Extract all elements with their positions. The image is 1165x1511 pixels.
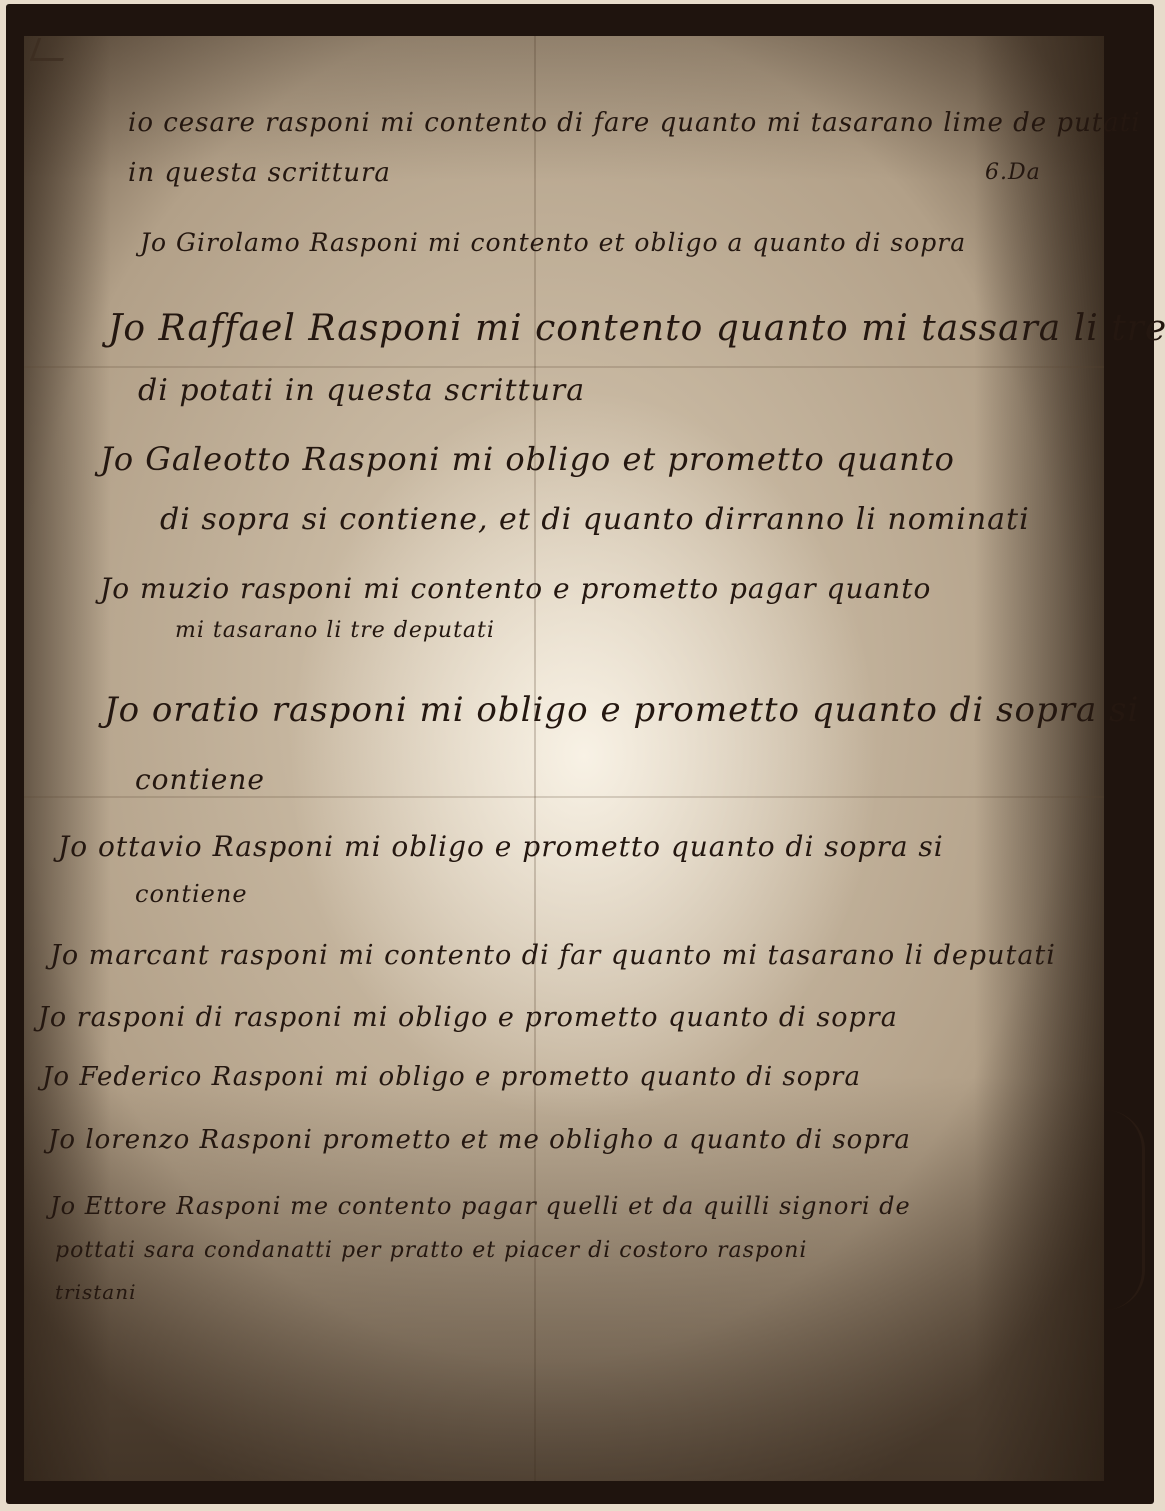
manuscript-line: Jo marcant rasponi mi contento di far qu… bbox=[50, 940, 1056, 971]
manuscript-line: di sopra si contiene, et di quanto dirra… bbox=[160, 502, 1030, 537]
manuscript-line: contiene bbox=[135, 880, 248, 908]
ink-flourish bbox=[1102, 1110, 1145, 1310]
manuscript-line: in questa scrittura bbox=[128, 158, 391, 188]
manuscript-line: Jo Galeotto Rasponi mi obligo et promett… bbox=[100, 440, 955, 478]
manuscript-line: Jo Girolamo Rasponi mi contento et oblig… bbox=[140, 228, 966, 257]
fold-crease-horizontal bbox=[24, 366, 1104, 368]
manuscript-line: mi tasarano li tre deputati bbox=[175, 618, 495, 643]
manuscript-line: di potati in questa scrittura bbox=[138, 373, 585, 408]
manuscript-line: Jo rasponi di rasponi mi obligo e promet… bbox=[38, 1002, 898, 1033]
manuscript-line: Jo Federico Rasponi mi obligo e prometto… bbox=[42, 1062, 861, 1092]
manuscript-line: Jo ottavio Rasponi mi obligo e prometto … bbox=[58, 830, 944, 863]
manuscript-line: tristani bbox=[55, 1280, 137, 1304]
manuscript-line: Jo Raffael Rasponi mi contento quanto mi… bbox=[108, 308, 1165, 349]
manuscript-line: contiene bbox=[135, 763, 265, 796]
photograph: 6.Da io cesare rasponi mi contento di fa… bbox=[0, 0, 1165, 1511]
manuscript-line: Jo lorenzo Rasponi prometto et me obligh… bbox=[48, 1125, 911, 1155]
manuscript-line: io cesare rasponi mi contento di fare qu… bbox=[128, 108, 1141, 138]
manuscript-line: Jo oratio rasponi mi obligo e prometto q… bbox=[104, 690, 1139, 730]
margin-note: 6.Da bbox=[985, 160, 1041, 185]
fold-crease-horizontal bbox=[24, 796, 1104, 798]
manuscript-line: Jo muzio rasponi mi contento e prometto … bbox=[100, 572, 931, 605]
manuscript-line: Jo Ettore Rasponi me contento pagar quel… bbox=[50, 1192, 911, 1220]
manuscript-line: pottati sara condanatti per pratto et pi… bbox=[55, 1238, 807, 1263]
